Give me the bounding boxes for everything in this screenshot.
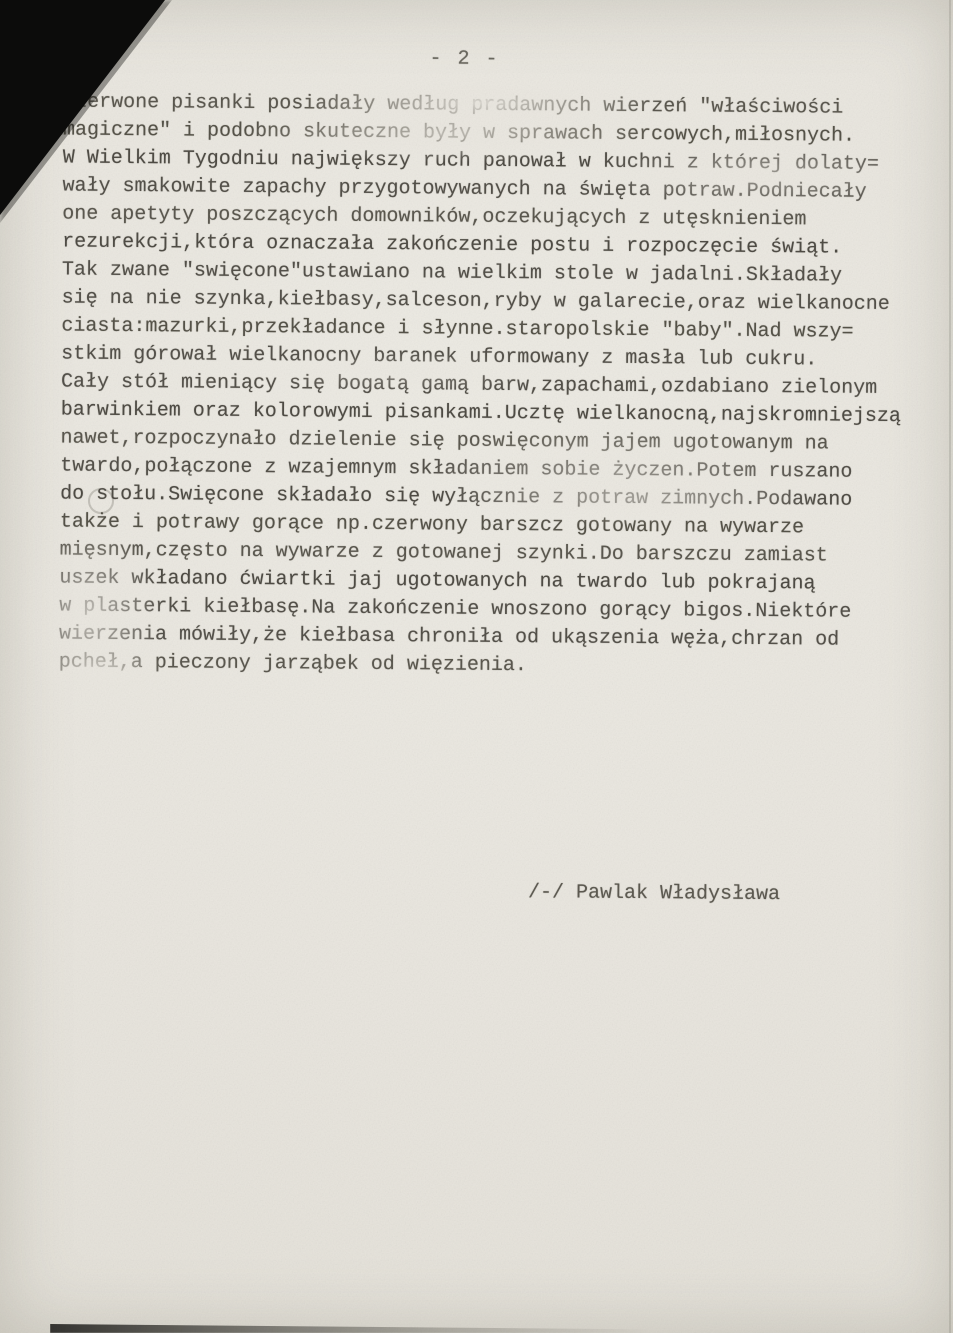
scanned-page: - 2 - czerwone pisanki posiadały według … — [0, 0, 953, 1333]
typewritten-layer: - 2 - czerwone pisanki posiadały według … — [0, 0, 953, 1333]
document-body: czerwone pisanki posiadały według pradaw… — [59, 88, 904, 683]
scan-edge-line — [949, 0, 951, 1333]
signature-line: /-/ Pawlak Władysława — [528, 881, 780, 906]
page-number: - 2 - — [429, 47, 499, 71]
